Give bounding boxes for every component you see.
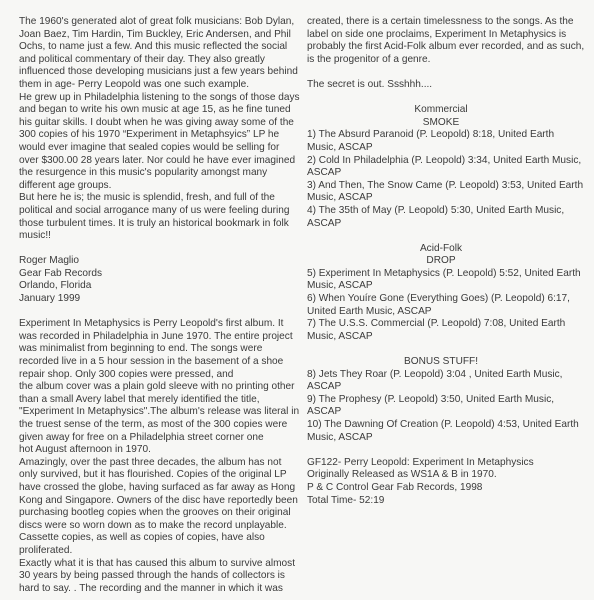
text-line: hot August afternoon in 1970. [19,444,289,457]
text-line: created, there is a certain timelessness… [307,16,587,29]
copyright: P & C Control Gear Fab Records, 1998 [307,482,587,495]
text-line: music!! [19,230,289,243]
spacer [19,243,289,256]
liner-notes-left-column: The 1960's generated alot of great folk … [19,16,289,595]
track-line: 7) The U.S.S. Commercial (P. Leopold) 7:… [307,318,587,331]
track-line: Music, ASCAP [307,280,587,293]
text-line: only survived, but it has flourished. Co… [19,469,289,482]
track-line: ASCAP [307,167,587,180]
track-line: ASCAP [307,406,587,419]
text-line: Kong and Singapore. Owners of the disc h… [19,495,289,508]
text-line: those turbulent times. It is truly an hi… [19,218,289,231]
text-line: the truest sense of the term, as most of… [19,419,289,432]
track-line: 3) And Then, The Snow Came (P. Leopold) … [307,180,587,193]
section-header: Kommercial [307,104,587,117]
text-line: and political commentary of their day. T… [19,54,289,67]
text-line: discs were so worn down as to make the r… [19,520,289,533]
text-line: purchasing bootleg copies when the groov… [19,507,289,520]
text-line: given away for free on a Philadelphia st… [19,432,289,445]
total-time: Total Time- 52:19 [307,495,587,508]
text-line: "Experiment In Metaphysics".The album's … [19,406,289,419]
tracklist-section-bonus: BONUS STUFF! 8) Jets They Roar (P. Leopo… [307,356,587,444]
text-line: his guitar skills. I doubt when he was g… [19,117,289,130]
text-line: 30 years by being passed through the han… [19,570,289,583]
catalog-number: GF122- Perry Leopold: Experiment In Meta… [307,457,587,470]
spacer [307,66,587,79]
text-line: the album cover was a plain gold sleeve … [19,381,289,394]
text-line: hard to say. . The recording and the man… [19,583,289,596]
text-line: proliferated. [19,545,289,558]
text-line: would ever imagine that sealed copies wo… [19,142,289,155]
tracklist-section-drop: Acid-Folk DROP 5) Experiment In Metaphys… [307,243,587,344]
text-line: Exactly what it is that has caused this … [19,558,289,571]
track-line: 4) The 35th of May (P. Leopold) 5:30, Un… [307,205,587,218]
text-line: Cassette copies, as well as copies of co… [19,532,289,545]
track-line: 10) The Dawning Of Creation (P. Leopold)… [307,419,587,432]
text-line: But here he is; the music is splendid, f… [19,192,289,205]
credits-block: GF122- Perry Leopold: Experiment In Meta… [307,457,587,507]
section-header: Acid-Folk [307,243,587,256]
text-line: 300 copies of his 1970 “Experiment in Me… [19,129,289,142]
section-header: BONUS STUFF! [307,356,587,369]
text-line: political and social arrogance many of u… [19,205,289,218]
signature-date: January 1999 [19,293,289,306]
text-line: label on side one proclaims, Experiment … [307,29,587,42]
text-line: He grew up in Philadelphia listening to … [19,92,289,105]
track-line: United Earth Music, ASCAP [307,306,587,319]
continuation-paragraph: created, there is a certain timelessness… [307,16,587,66]
track-line: 6) When Youíre Gone (Everything Goes) (P… [307,293,587,306]
signature-name: Roger Maglio [19,255,289,268]
spacer [307,230,587,243]
secret-line: The secret is out. Ssshhh.... [307,79,587,92]
liner-notes-right-column: created, there is a certain timelessness… [307,16,587,507]
spacer [307,343,587,356]
text-line: repair shop. Only 300 copies were presse… [19,369,289,382]
text-line: Amazingly, over the past three decades, … [19,457,289,470]
text-line: Ochs, to name just a few. And this music… [19,41,289,54]
text-line: have crossed the globe, having surfaced … [19,482,289,495]
track-line: Music, ASCAP [307,142,587,155]
track-line: 2) Cold In Philadelphia (P. Leopold) 3:3… [307,155,587,168]
text-line: the resurgence in this music's popularit… [19,167,289,180]
signature-company: Gear Fab Records [19,268,289,281]
text-line: and began to write his own music at age … [19,104,289,117]
track-line: 1) The Absurd Paranoid (P. Leopold) 8:18… [307,129,587,142]
track-line: ASCAP [307,218,587,231]
text-line: Experiment In Metaphysics is Perry Leopo… [19,318,289,331]
text-line: probably the first Acid-Folk album ever … [307,41,587,54]
text-line: was recorded in Philadelphia in June 197… [19,331,289,344]
text-line: was minimalist from beginning to end. Th… [19,343,289,356]
spacer [19,306,289,319]
section-subheader: DROP [307,255,587,268]
track-line: Music, ASCAP [307,432,587,445]
track-line: ASCAP [307,381,587,394]
text-line: influenced those developing musicians ju… [19,66,289,79]
spacer [307,92,587,105]
spacer [307,444,587,457]
text-line: them in age- Perry Leopold was one such … [19,79,289,92]
track-line: 5) Experiment In Metaphysics (P. Leopold… [307,268,587,281]
tracklist-section-smoke: Kommercial SMOKE 1) The Absurd Paranoid … [307,104,587,230]
section-subheader: SMOKE [307,117,587,130]
text-line: than a small Avery label that merely ide… [19,394,289,407]
signature-block: Roger Maglio Gear Fab Records Orlando, F… [19,255,289,305]
track-line: Music, ASCAP [307,331,587,344]
album-history-paragraph: Experiment In Metaphysics is Perry Leopo… [19,318,289,595]
text-line: recorded live in a 5 hour session in the… [19,356,289,369]
text-line: is the progenitor of a genre. [307,54,587,67]
signature-location: Orlando, Florida [19,280,289,293]
text-line: The 1960's generated alot of great folk … [19,16,289,29]
text-line: over $300.00 28 years later. Nor could h… [19,155,289,168]
track-line: 8) Jets They Roar (P. Leopold) 3:04 , Un… [307,369,587,382]
text-line: different age groups. [19,180,289,193]
original-release: Originally Released as WS1A & B in 1970. [307,469,587,482]
text-line: Joan Baez, Tim Hardin, Tim Buckley, Eric… [19,29,289,42]
track-line: Music, ASCAP [307,192,587,205]
track-line: 9) The Prophesy (P. Leopold) 3:50, Unite… [307,394,587,407]
intro-paragraph: The 1960's generated alot of great folk … [19,16,289,243]
